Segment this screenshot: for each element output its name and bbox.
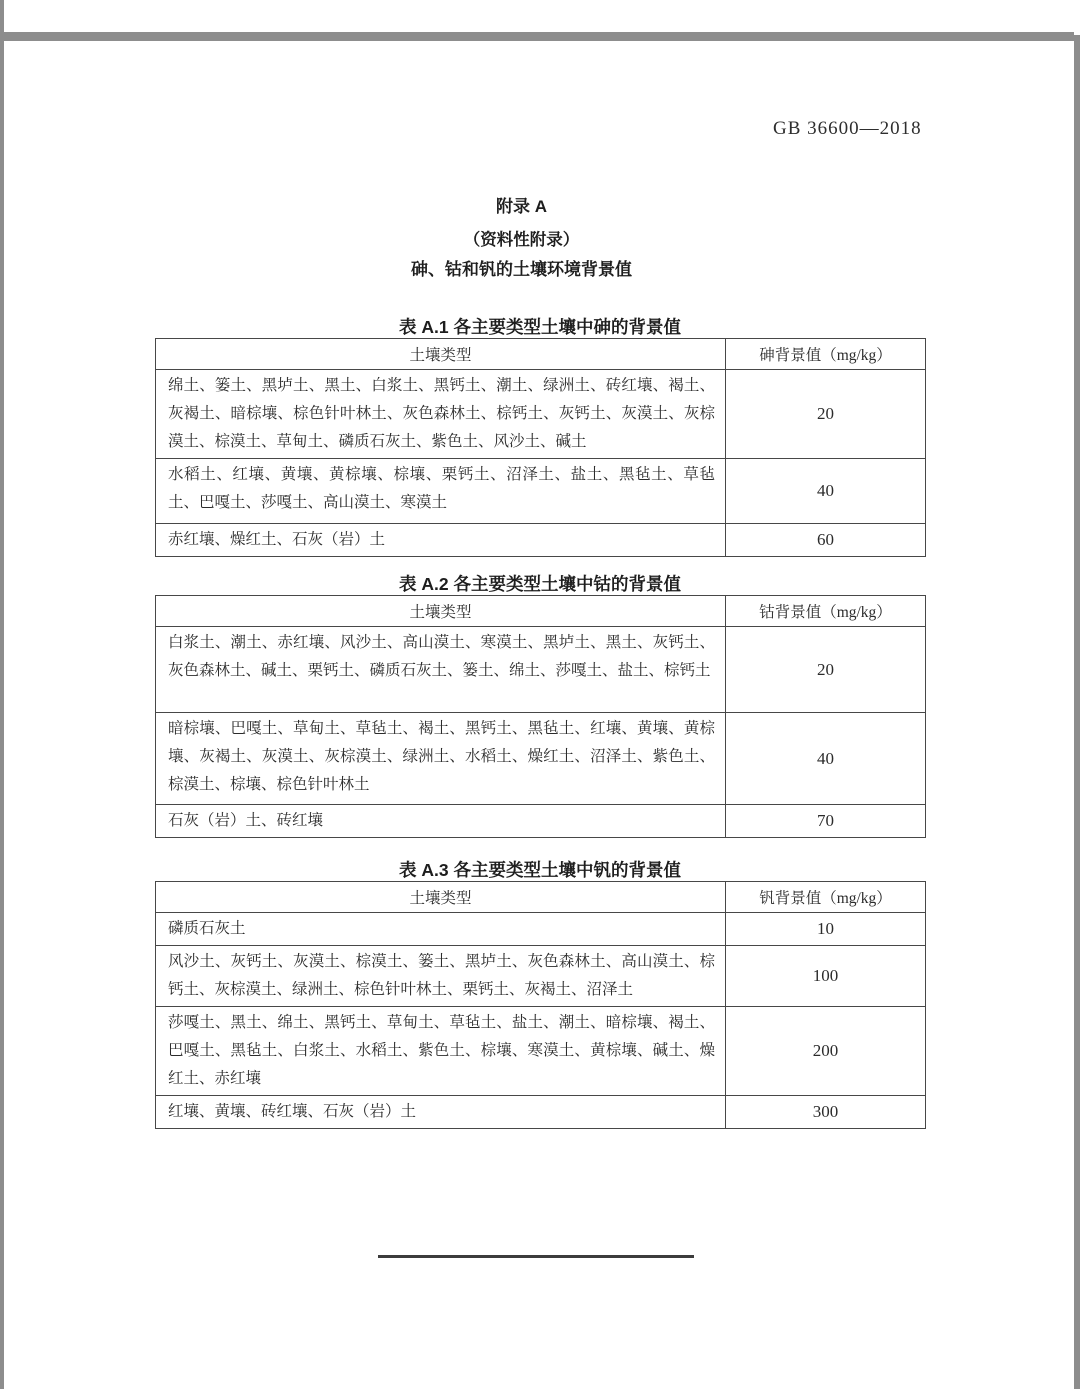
value-cell: 20 [726,627,926,713]
value-cell: 60 [726,524,926,557]
table-row: 暗棕壤、巴嘎土、草甸土、草毡土、褐土、黑钙土、黑毡土、红壤、黄壤、黄棕壤、灰褐土… [156,713,926,805]
table-a3-title: 表 A.3 各主要类型土壤中钒的背景值 [155,857,925,882]
arsenic-value-header: 砷背景值（mg/kg） [726,339,926,370]
appendix-title: 附录 A [0,196,1043,218]
table-a2-title: 表 A.2 各主要类型土壤中钴的背景值 [155,571,925,596]
soil-types-cell: 莎嘎土、黑土、绵土、黑钙土、草甸土、草毡土、盐土、潮土、暗棕壤、褐土、巴嘎土、黑… [156,1007,726,1096]
table-row: 莎嘎土、黑土、绵土、黑钙土、草甸土、草毡土、盐土、潮土、暗棕壤、褐土、巴嘎土、黑… [156,1007,926,1096]
table-row: 赤红壤、燥红土、石灰（岩）土 60 [156,524,926,557]
soil-type-header: 土壤类型 [156,882,726,913]
table-row: 风沙土、灰钙土、灰漠土、棕漠土、篓土、黑垆土、灰色森林土、高山漠土、棕钙土、灰棕… [156,946,926,1007]
table-a2-header-row: 土壤类型 钴背景值（mg/kg） [156,596,926,627]
table-row: 红壤、黄壤、砖红壤、石灰（岩）土 300 [156,1096,926,1129]
value-cell: 200 [726,1007,926,1096]
standard-number: GB 36600—2018 [773,118,922,140]
soil-types-cell: 暗棕壤、巴嘎土、草甸土、草毡土、褐土、黑钙土、黑毡土、红壤、黄壤、黄棕壤、灰褐土… [156,713,726,805]
table-a2: 土壤类型 钴背景值（mg/kg） 白浆土、潮土、赤红壤、风沙土、高山漠土、寒漠土… [155,595,926,838]
soil-type-header: 土壤类型 [156,339,726,370]
vanadium-value-header: 钒背景值（mg/kg） [726,882,926,913]
value-cell: 40 [726,459,926,524]
soil-types-cell: 绵土、篓土、黑垆土、黑土、白浆土、黑钙土、潮土、绿洲土、砖红壤、褐土、灰褐土、暗… [156,370,726,459]
soil-types-cell: 白浆土、潮土、赤红壤、风沙土、高山漠土、寒漠土、黑垆土、黑土、灰钙土、灰色森林土… [156,627,726,713]
soil-types-cell: 石灰（岩）土、砖红壤 [156,805,726,838]
soil-types-cell: 磷质石灰土 [156,913,726,946]
scan-top-band [0,32,1074,41]
table-a1-title: 表 A.1 各主要类型土壤中砷的背景值 [155,314,925,339]
table-row: 水稻土、红壤、黄壤、黄棕壤、棕壤、栗钙土、沼泽土、盐土、黑毡土、草毡土、巴嘎土、… [156,459,926,524]
value-cell: 70 [726,805,926,838]
value-cell: 20 [726,370,926,459]
value-cell: 40 [726,713,926,805]
soil-types-cell: 红壤、黄壤、砖红壤、石灰（岩）土 [156,1096,726,1129]
soil-types-cell: 赤红壤、燥红土、石灰（岩）土 [156,524,726,557]
table-a1: 土壤类型 砷背景值（mg/kg） 绵土、篓土、黑垆土、黑土、白浆土、黑钙土、潮土… [155,338,926,557]
appendix-subtitle: （资料性附录） [0,229,1043,251]
value-cell: 300 [726,1096,926,1129]
footer-rule [378,1255,694,1258]
appendix-heading: 砷、钴和钒的土壤环境背景值 [0,259,1043,281]
table-row: 绵土、篓土、黑垆土、黑土、白浆土、黑钙土、潮土、绿洲土、砖红壤、褐土、灰褐土、暗… [156,370,926,459]
value-cell: 10 [726,913,926,946]
soil-types-cell: 风沙土、灰钙土、灰漠土、棕漠土、篓土、黑垆土、灰色森林土、高山漠土、棕钙土、灰棕… [156,946,726,1007]
table-a3: 土壤类型 钒背景值（mg/kg） 磷质石灰土 10 风沙土、灰钙土、灰漠土、棕漠… [155,881,926,1129]
value-cell: 100 [726,946,926,1007]
scan-right-edge [1074,35,1080,1389]
table-a3-header-row: 土壤类型 钒背景值（mg/kg） [156,882,926,913]
table-row: 白浆土、潮土、赤红壤、风沙土、高山漠土、寒漠土、黑垆土、黑土、灰钙土、灰色森林土… [156,627,926,713]
table-row: 石灰（岩）土、砖红壤 70 [156,805,926,838]
table-a1-header-row: 土壤类型 砷背景值（mg/kg） [156,339,926,370]
appendix-heading-block: 附录 A （资料性附录） 砷、钴和钒的土壤环境背景值 [0,196,1043,281]
soil-types-cell: 水稻土、红壤、黄壤、黄棕壤、棕壤、栗钙土、沼泽土、盐土、黑毡土、草毡土、巴嘎土、… [156,459,726,524]
cobalt-value-header: 钴背景值（mg/kg） [726,596,926,627]
soil-type-header: 土壤类型 [156,596,726,627]
table-row: 磷质石灰土 10 [156,913,926,946]
